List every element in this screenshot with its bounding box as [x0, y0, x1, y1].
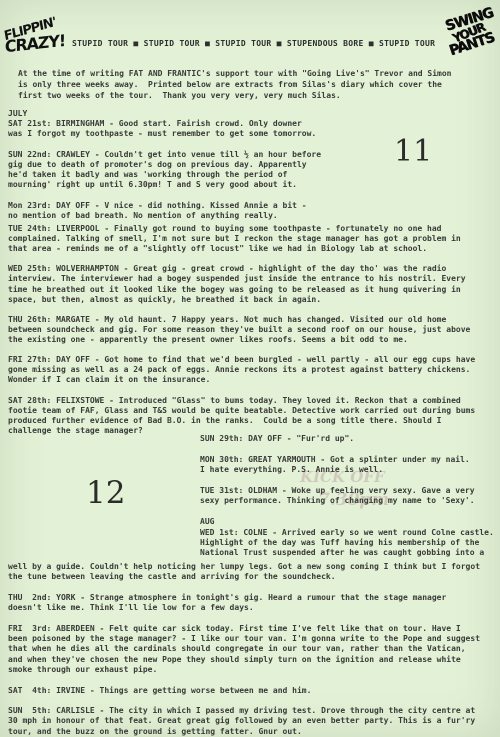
- diary-block-july-24-28: TUE 24th: LIVERPOOL - Finally got round …: [8, 224, 494, 436]
- page-number-12: 12: [86, 475, 125, 511]
- diary-block-aug-2-5: well by a guide. Couldn't help noticing …: [8, 562, 494, 737]
- flippin-crazy-logo: FLIPPIN' CRAZY!: [3, 17, 65, 58]
- stupid-tour-header: STUPID TOUR ■ STUPID TOUR ■ STUPID TOUR …: [72, 39, 432, 48]
- diary-block-july-29-aug-1: SUN 29th: DAY OFF - "Fur'rd up". MON 30t…: [200, 434, 500, 559]
- zine-page: FLIPPIN' CRAZY! STUPID TOUR ■ STUPID TOU…: [0, 0, 500, 737]
- intro-paragraph: At the time of writing FAT AND FRANTIC's…: [18, 69, 490, 101]
- flippin-crazy-logo-line2: CRAZY!: [5, 33, 65, 55]
- diary-block-july-21-23: JULY SAT 21st: BIRMINGHAM - Good start. …: [8, 109, 350, 221]
- swing-your-pants-logo: SWING YOUR PANTS: [432, 5, 500, 62]
- page-number-11: 11: [394, 134, 432, 169]
